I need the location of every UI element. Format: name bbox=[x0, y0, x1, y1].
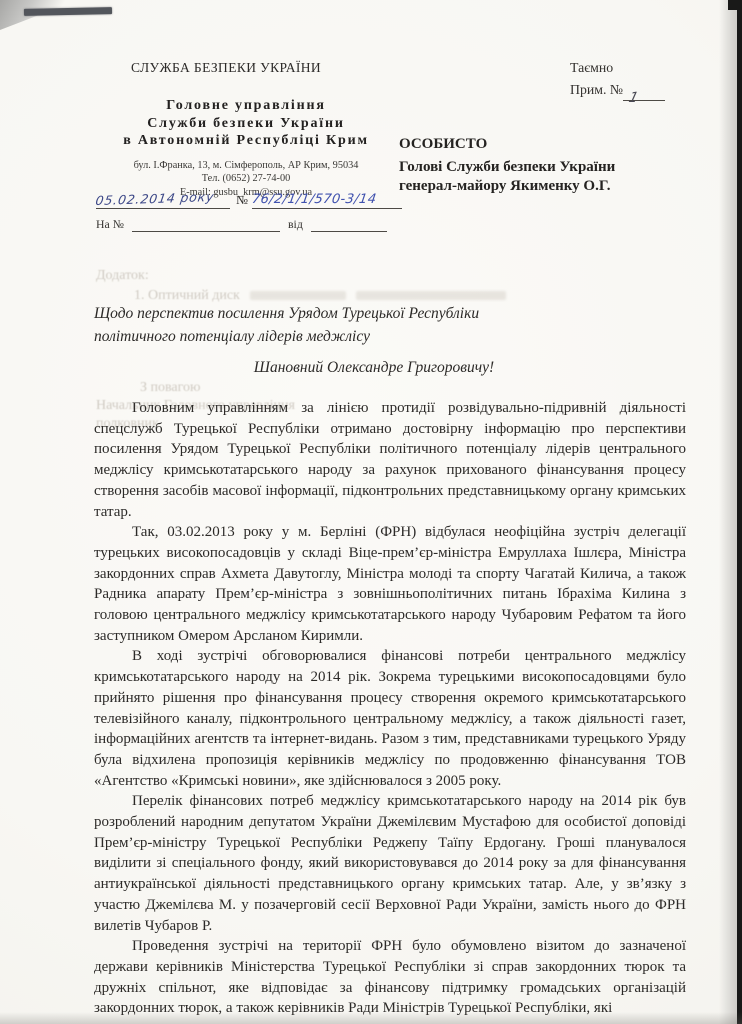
subject-line: Щодо перспектив посилення Урядом Турецьк… bbox=[94, 302, 479, 325]
division-line: Головне управління bbox=[78, 97, 414, 115]
classification-block: Таємно Прим. №1 bbox=[570, 57, 665, 101]
body-paragraph: Перелік фінансових потреб меджлісу кримс… bbox=[94, 791, 686, 936]
ref-date-blank bbox=[311, 219, 387, 232]
handwritten-outgoing-number: 76/2/1/1/570-3/14 bbox=[251, 192, 377, 207]
copy-number-line: Прим. №1 bbox=[570, 79, 665, 101]
subject-block: Щодо перспектив посилення Урядом Турецьк… bbox=[94, 302, 479, 348]
handwritten-copy-number: 1 bbox=[626, 87, 640, 109]
reference-number-line: На №від bbox=[96, 217, 387, 232]
scan-edge-black-corner bbox=[728, 0, 742, 10]
addressee-name: генерал-майору Якименку О.Г. bbox=[399, 177, 615, 197]
subject-line: політичного потенціалу лідерів меджлісу bbox=[94, 325, 479, 348]
scanned-letter-page: Додаток: 1. Оптичний диск З повагою Нача… bbox=[0, 0, 742, 1024]
illegible-bleed-through bbox=[356, 291, 506, 300]
ref-prefix-label: На № bbox=[96, 217, 124, 231]
letterhead: СЛУЖБА БЕЗПЕКИ УКРАЇНИ Головне управлінн… bbox=[58, 60, 394, 199]
letter-body: Головним управлінням за лінією протидії … bbox=[94, 398, 686, 1019]
body-paragraph: Головним управлінням за лінією протидії … bbox=[94, 398, 686, 522]
addressee-block: ОСОБИСТО Голові Служби безпеки України г… bbox=[399, 135, 615, 197]
addressee-position: Голові Служби безпеки України bbox=[399, 158, 615, 178]
body-paragraph: В ході зустрічі обговорювалися фінансові… bbox=[94, 646, 686, 791]
bleed-through-closing: З повагою bbox=[140, 380, 201, 396]
salutation: Шановний Олександре Григоровичу! bbox=[94, 359, 654, 377]
organization-name: СЛУЖБА БЕЗПЕКИ УКРАЇНИ bbox=[58, 60, 394, 76]
bleed-through-attachment-label: Додаток: bbox=[96, 268, 149, 284]
ref-number-blank bbox=[132, 219, 280, 232]
body-paragraph: Так, 03.02.2013 року у м. Берліні (ФРН) … bbox=[94, 522, 686, 646]
body-paragraph: Проведення зустрічі на території ФРН бул… bbox=[94, 936, 686, 1019]
ref-from-label: від bbox=[288, 217, 303, 231]
date-blank: 05.02.2014 року bbox=[96, 190, 230, 209]
copy-label: Прим. № bbox=[570, 82, 623, 97]
number-sign: № bbox=[236, 193, 248, 207]
handwritten-date: 05.02.2014 року bbox=[95, 189, 216, 208]
copy-number-blank: 1 bbox=[623, 87, 665, 101]
postal-address: бул. І.Франка, 13, м. Сімферополь, АР Кр… bbox=[78, 159, 414, 173]
bleed-through-attachment-text: 1. Оптичний диск bbox=[134, 288, 240, 303]
division-name: Головне управління Служби безпеки Україн… bbox=[78, 97, 414, 150]
personal-marking: ОСОБИСТО bbox=[399, 135, 615, 155]
division-line: в Автономній Республіці Крим bbox=[78, 132, 414, 150]
scan-page-edge bbox=[719, 0, 737, 1024]
outgoing-number-line: 05.02.2014 року№76/2/1/1/570-3/14 bbox=[96, 190, 402, 209]
scan-corner-mark bbox=[24, 7, 112, 16]
scan-edge-black-strip bbox=[737, 0, 742, 1024]
number-blank: 76/2/1/1/570-3/14 bbox=[252, 190, 402, 209]
division-line: Служби безпеки України bbox=[78, 115, 414, 133]
secrecy-stamp: Таємно bbox=[570, 57, 665, 79]
illegible-bleed-through bbox=[250, 291, 346, 300]
phone-number: Тел. (0652) 27-74-00 bbox=[78, 172, 414, 186]
